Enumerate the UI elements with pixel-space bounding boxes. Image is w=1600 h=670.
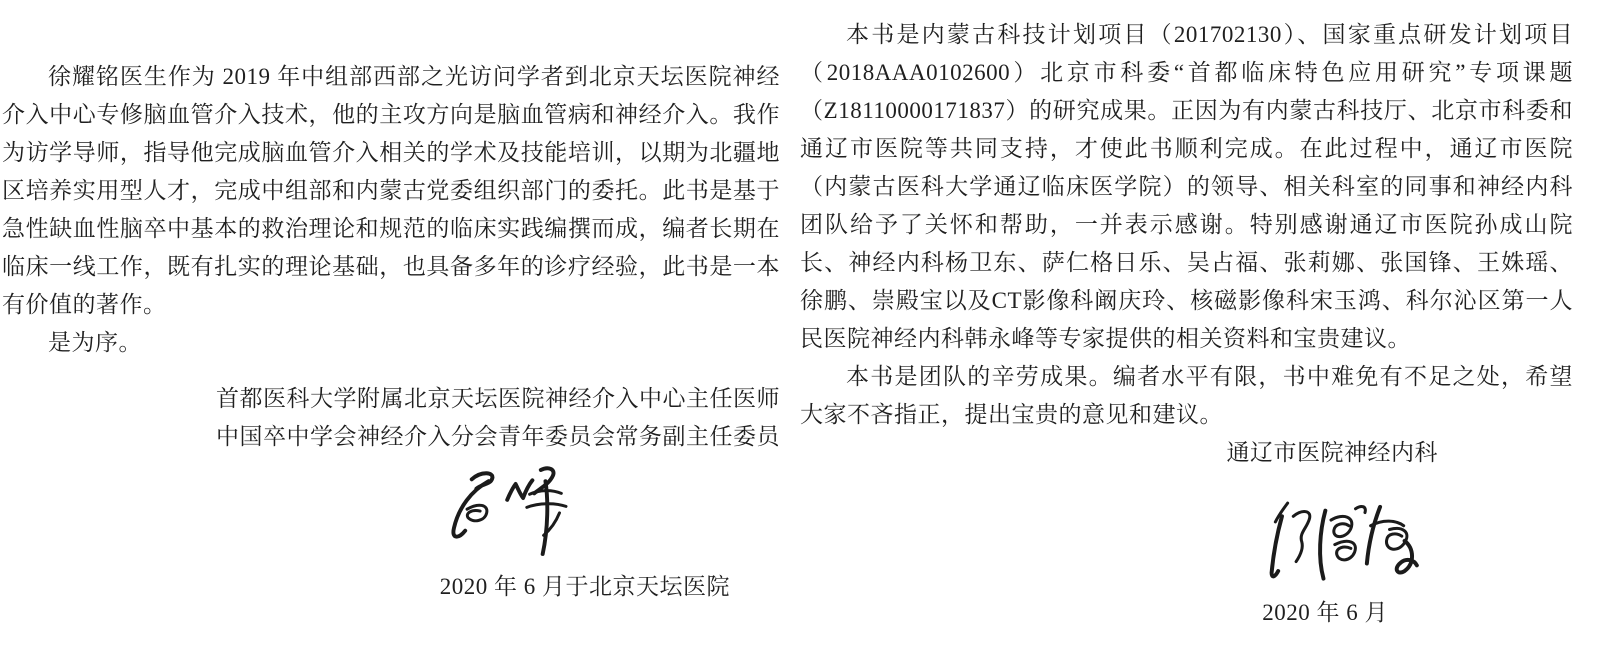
- acknowledgment-date-line: 2020 年 6 月: [800, 594, 1573, 632]
- signoff-title-line-2: 中国卒中学会神经介入分会青年委员会常务副主任委员: [2, 418, 780, 456]
- foreword-signature-row: [2, 460, 780, 564]
- foreword-paragraph-2: 是为序。: [2, 324, 780, 362]
- signoff-title-line-1: 首都医科大学附属北京天坛医院神经介入中心主任医师: [2, 380, 780, 418]
- signoff-department-line: 通辽市医院神经内科: [800, 434, 1438, 472]
- foreword-date-line: 2020 年 6 月于北京天坛医院: [2, 568, 780, 606]
- document-canvas: 徐耀铭医生作为 2019 年中组部西部之光访问学者到北京天坛医院神经介入中心专修…: [0, 0, 1600, 670]
- acknowledgment-paragraph-1: 本书是内蒙古科技计划项目（201702130）、国家重点研发计划项目（2018A…: [800, 16, 1573, 358]
- acknowledgment-signature-row: [800, 488, 1573, 588]
- foreword-signoff-block: 首都医科大学附属北京天坛医院神经介入中心主任医师 中国卒中学会神经介入分会青年委…: [2, 380, 780, 456]
- acknowledgment-paragraph-2: 本书是团队的辛劳成果。编者水平有限，书中难免有不足之处，希望大家不吝指正，提出宝…: [800, 358, 1573, 434]
- handwritten-signature-xuyaoming: [1263, 488, 1433, 588]
- page-left-foreword: 徐耀铭医生作为 2019 年中组部西部之光访问学者到北京天坛医院神经介入中心专修…: [2, 58, 780, 606]
- page-right-acknowledgment: 本书是内蒙古科技计划项目（201702130）、国家重点研发计划项目（2018A…: [800, 16, 1573, 632]
- acknowledgment-signoff-block: 通辽市医院神经内科: [800, 434, 1573, 472]
- foreword-paragraph-1: 徐耀铭医生作为 2019 年中组部西部之光访问学者到北京天坛医院神经介入中心专修…: [2, 58, 780, 324]
- handwritten-signature-gaofeng: [440, 460, 580, 564]
